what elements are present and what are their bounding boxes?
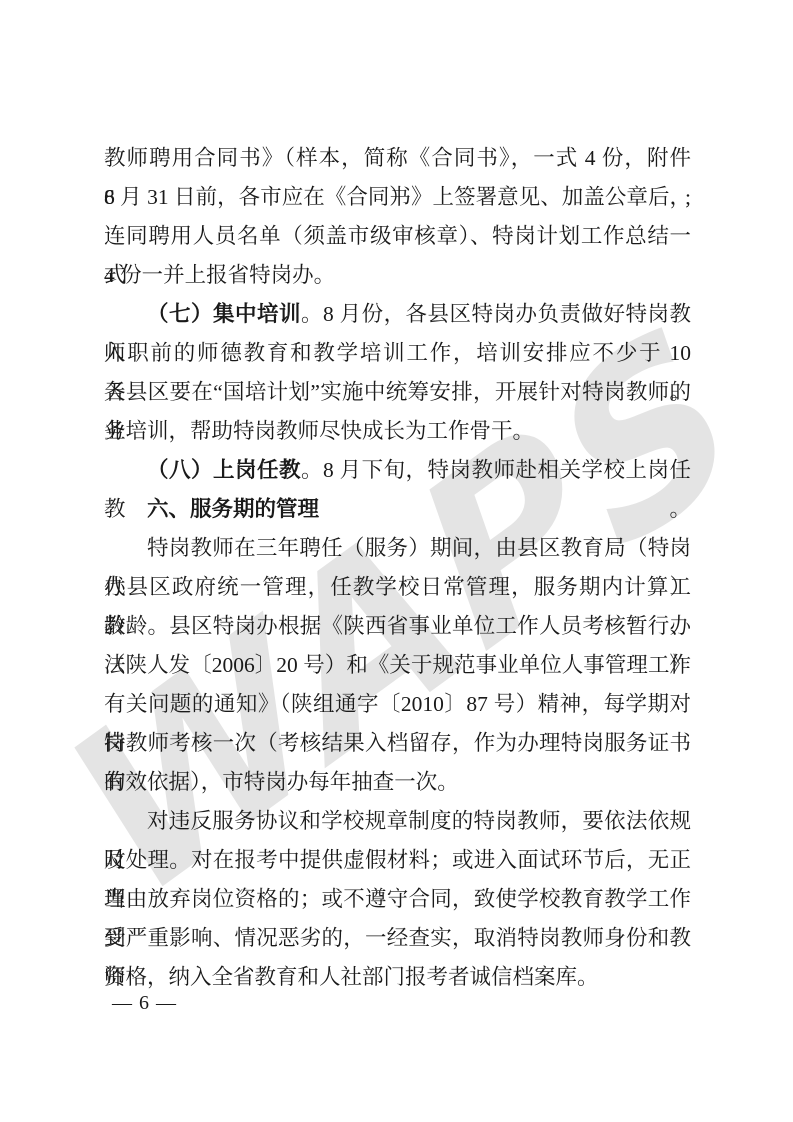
text-line: 务培训，帮助特岗教师尽快成长为工作骨干。	[104, 412, 691, 451]
page-number: — 6 —	[112, 990, 177, 1016]
text-segment: 4 份一并上报省特岗办。	[104, 263, 335, 287]
text-line: 入职前的师德教育和教学培训工作，培训安排应不少于 10 天。	[104, 334, 691, 373]
text-line: 到严重影响、情况恶劣的，一经查实，取消特岗教师身份和教师	[104, 919, 691, 958]
text-line: 代县区政府统一管理，任教学校日常管理，服务期内计算工龄、	[104, 568, 691, 607]
text-line: 特岗教师在三年聘任（服务）期间，由县区教育局（特岗办）	[104, 529, 691, 568]
text-line: 对违反服务协议和学校规章制度的特岗教师，要依法依规及	[104, 802, 691, 841]
text-line: 理由放弃岗位资格的；或不遵守合同，致使学校教育教学工作受	[104, 880, 691, 919]
text-line: 连同聘用人员名单（须盖市级审核章）、特岗计划工作总结一式	[104, 217, 691, 256]
text-line: 4 份一并上报省特岗办。	[104, 256, 691, 295]
text-line: （七）集中培训。8 月份，各县区特岗办负责做好特岗教师	[104, 295, 691, 334]
text-line: 有效依据），市特岗办每年抽查一次。	[104, 763, 691, 802]
text-line: 岗教师考核一次（考核结果入档留存，作为办理特岗服务证书的	[104, 724, 691, 763]
text-line: 教师聘用合同书》（样本，简称《合同书》，一式 4 份，附件 6）;	[104, 139, 691, 178]
text-segment: 资格，纳入全省教育和人社部门报考者诚信档案库。	[104, 965, 599, 989]
text-segment: 8 月 31 日前，各市应在《合同书》上签署意见、加盖公章后，	[104, 185, 691, 209]
bold-text-segment: （八）上岗任教	[147, 458, 301, 482]
text-line: 时处理。对在报考中提供虚假材料；或进入面试环节后，无正当	[104, 841, 691, 880]
bold-text-segment: （七）集中培训	[147, 302, 301, 326]
text-line: 教龄。县区特岗办根据《陕西省事业单位工作人员考核暂行办法》	[104, 607, 691, 646]
text-segment: 有效依据），市特岗办每年抽查一次。	[104, 770, 459, 794]
text-line: 8 月 31 日前，各市应在《合同书》上签署意见、加盖公章后，	[104, 178, 691, 217]
text-line: （八）上岗任教。8 月下旬，特岗教师赴相关学校上岗任教。	[104, 451, 691, 490]
text-line: 各县区要在“国培计划”实施中统筹安排，开展针对特岗教师的业	[104, 373, 691, 412]
text-line: 资格，纳入全省教育和人社部门报考者诚信档案库。	[104, 958, 691, 997]
text-line: 有关问题的通知》（陕组通字〔2010〕87 号）精神，每学期对特	[104, 685, 691, 724]
document-body: 教师聘用合同书》（样本，简称《合同书》，一式 4 份，附件 6）;8 月 31 …	[104, 139, 691, 997]
text-segment: 务培训，帮助特岗教师尽快成长为工作骨干。	[104, 419, 534, 443]
text-line: （陕人发〔2006〕20 号）和《关于规范事业单位人事管理工作	[104, 646, 691, 685]
document-page: WAPS 教师聘用合同书》（样本，简称《合同书》，一式 4 份，附件 6）;8 …	[0, 0, 793, 1122]
bold-text-segment: 六、服务期的管理	[147, 497, 319, 521]
text-segment: （陕人发〔2006〕20 号）和《关于规范事业单位人事管理工作	[104, 653, 691, 677]
